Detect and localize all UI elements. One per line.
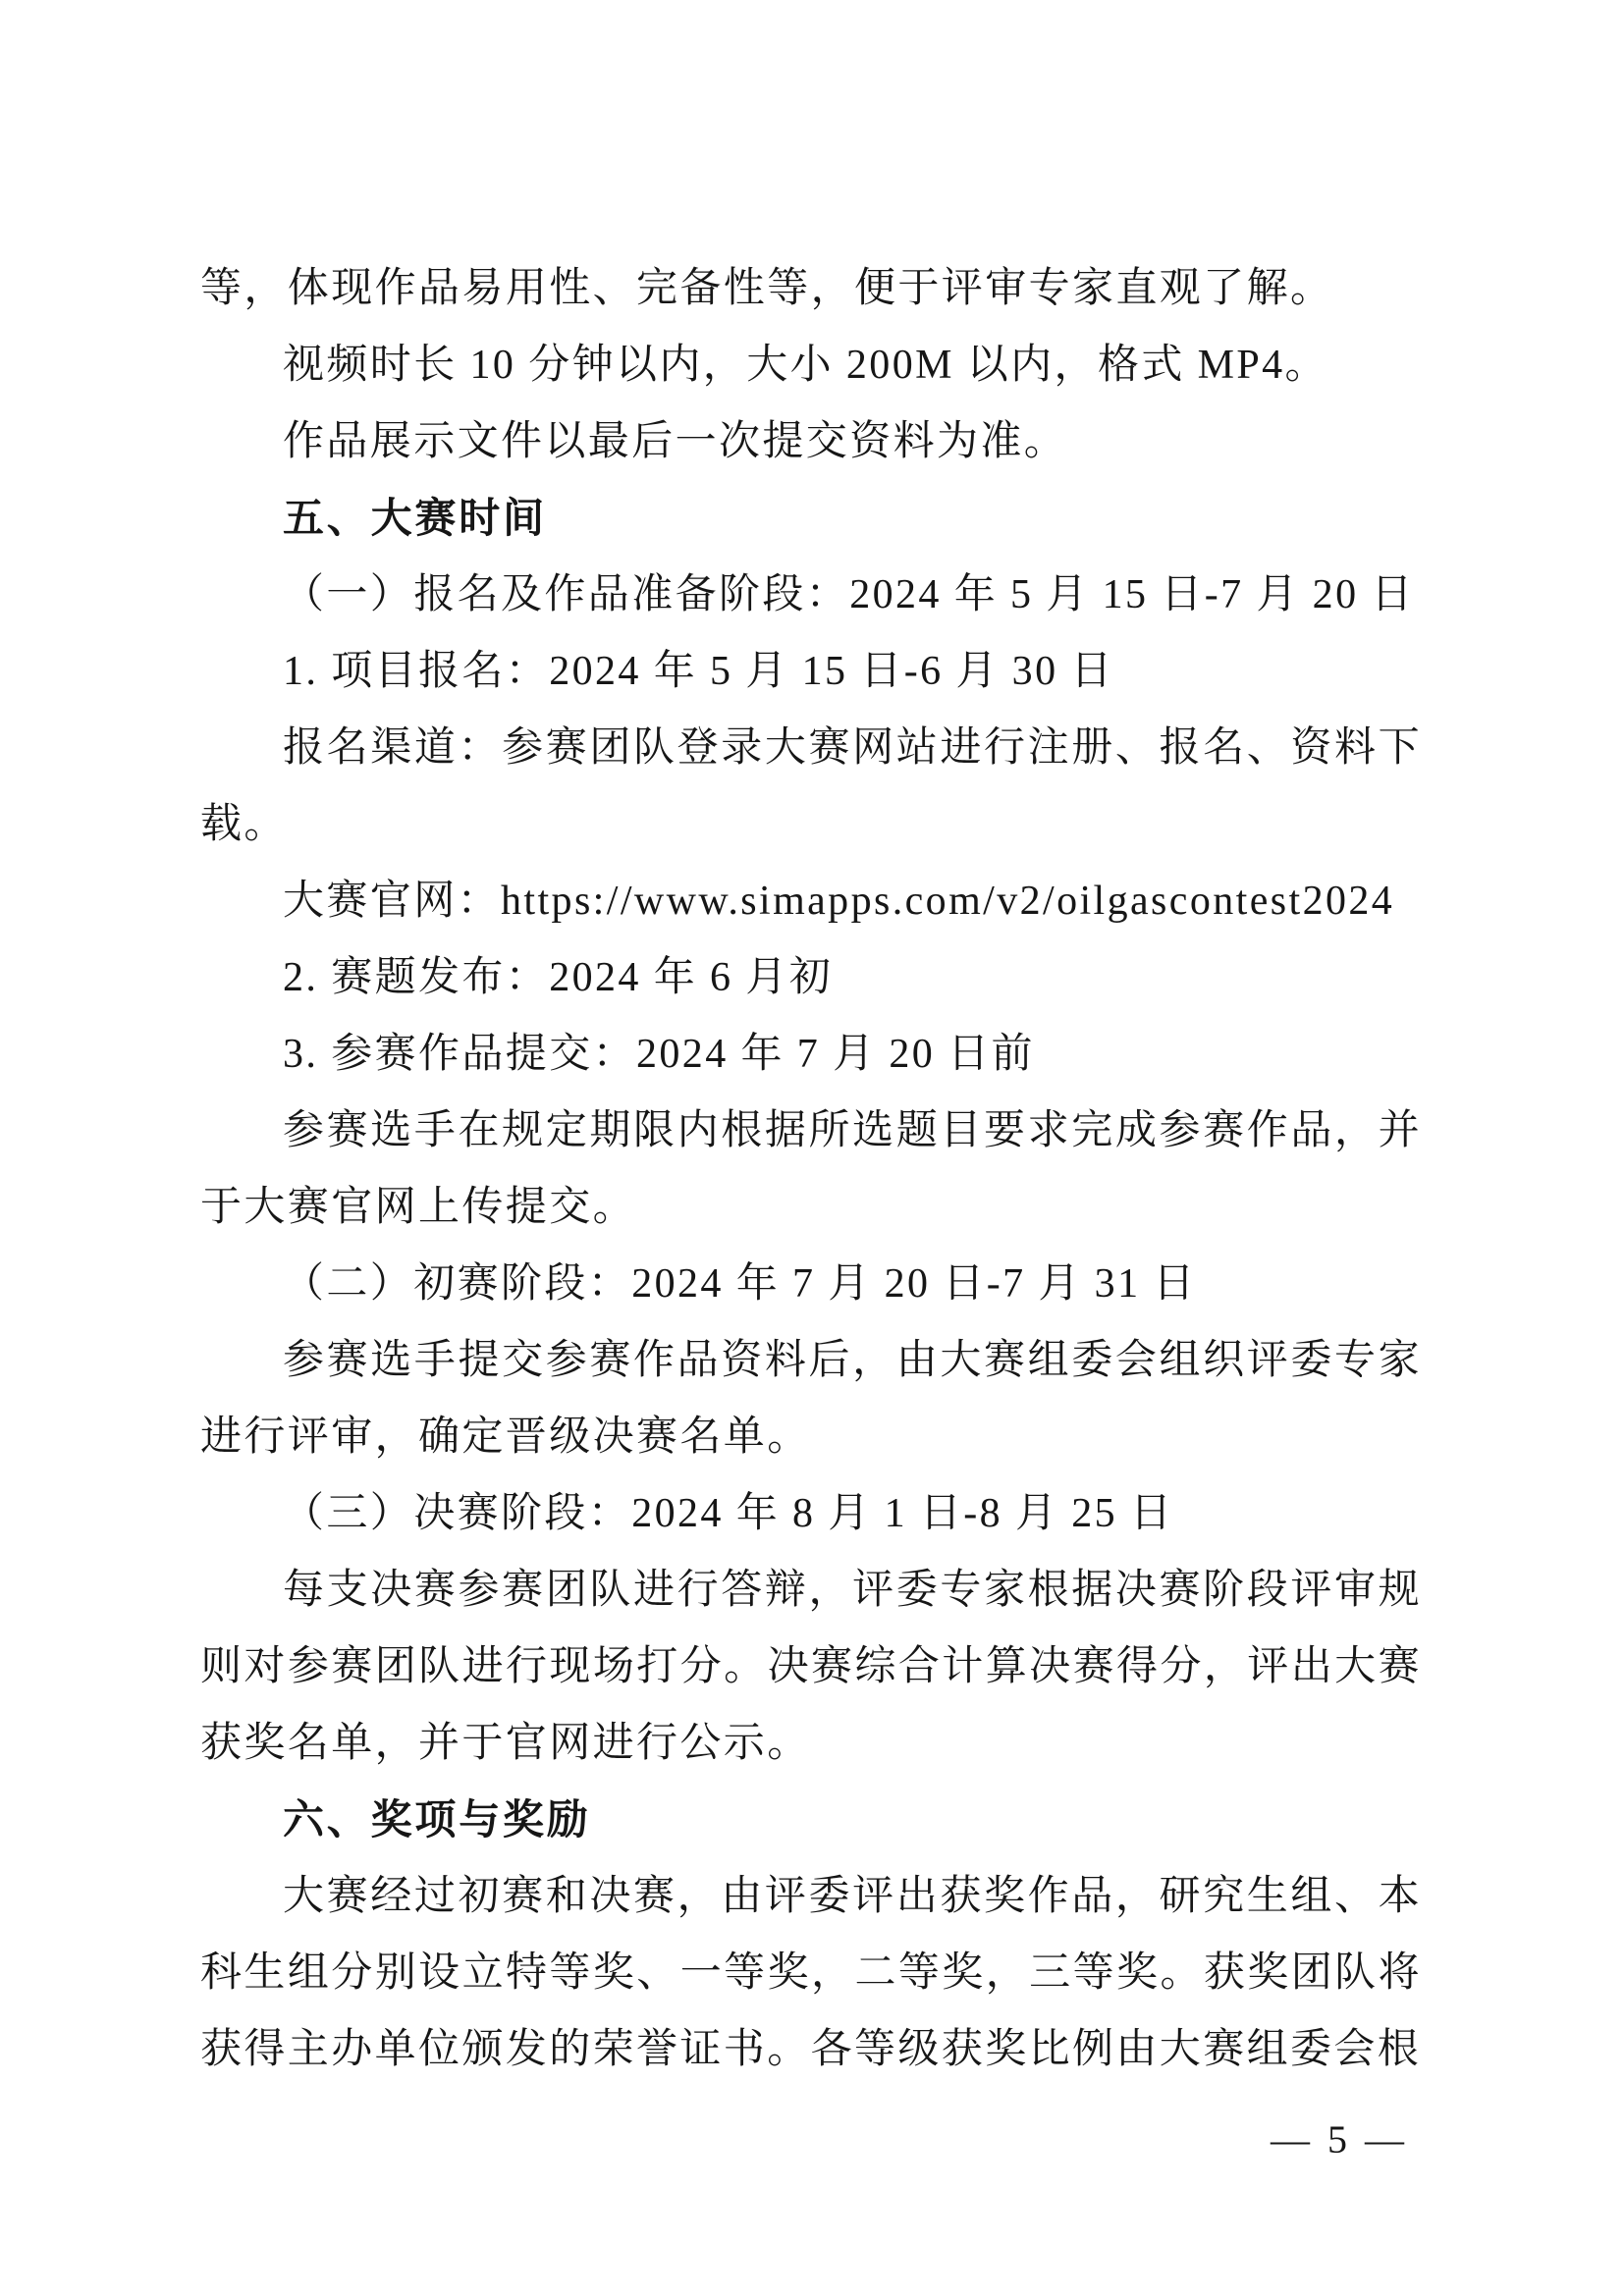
paragraph-official-website-url: 大赛官网：https://www.simapps.com/v2/oilgasco…: [200, 863, 1422, 939]
heading-section-five-contest-time: 五、大赛时间: [200, 480, 1422, 557]
paragraph-video-spec: 视频时长 10 分钟以内，大小 200M 以内，格式 MP4。: [200, 327, 1422, 403]
heading-section-six-awards: 六、奖项与奖励: [200, 1782, 1422, 1858]
paragraph-continuation: 等，体现作品易用性、完备性等，便于评审专家直观了解。: [200, 250, 1422, 327]
paragraph-work-completion: 参赛选手在规定期限内根据所选题目要求完成参赛作品，并于大赛官网上传提交。: [200, 1093, 1422, 1246]
document-page: 等，体现作品易用性、完备性等，便于评审专家直观了解。 视频时长 10 分钟以内，…: [0, 0, 1624, 2296]
paragraph-registration-channel: 报名渠道：参赛团队登录大赛网站进行注册、报名、资料下载。: [200, 710, 1422, 863]
paragraph-awards-detail: 大赛经过初赛和决赛，由评委评出获奖作品，研究生组、本科生组分别设立特等奖、一等奖…: [200, 1858, 1422, 2088]
paragraph-preliminary-review: 参赛选手提交参赛作品资料后，由大赛组委会组织评委专家进行评审，确定晋级决赛名单。: [200, 1322, 1422, 1475]
paragraph-final-defense-scoring: 每支决赛参赛团队进行答辩，评委专家根据决赛阶段评审规则对参赛团队进行现场打分。决…: [200, 1552, 1422, 1782]
paragraph-item-project-registration: 1. 项目报名：2024 年 5 月 15 日-6 月 30 日: [200, 633, 1422, 710]
document-body: 等，体现作品易用性、完备性等，便于评审专家直观了解。 视频时长 10 分钟以内，…: [200, 250, 1422, 2088]
paragraph-final-submission-note: 作品展示文件以最后一次提交资料为准。: [200, 403, 1422, 480]
paragraph-item-topic-release: 2. 赛题发布：2024 年 6 月初: [200, 939, 1422, 1016]
paragraph-stage-final: （三）决赛阶段：2024 年 8 月 1 日-8 月 25 日: [200, 1475, 1422, 1552]
paragraph-item-work-submission: 3. 参赛作品提交：2024 年 7 月 20 日前: [200, 1016, 1422, 1093]
paragraph-stage-registration: （一）报名及作品准备阶段：2024 年 5 月 15 日-7 月 20 日: [200, 557, 1422, 633]
paragraph-stage-preliminary: （二）初赛阶段：2024 年 7 月 20 日-7 月 31 日: [200, 1246, 1422, 1322]
page-number: — 5 —: [1271, 2116, 1408, 2163]
